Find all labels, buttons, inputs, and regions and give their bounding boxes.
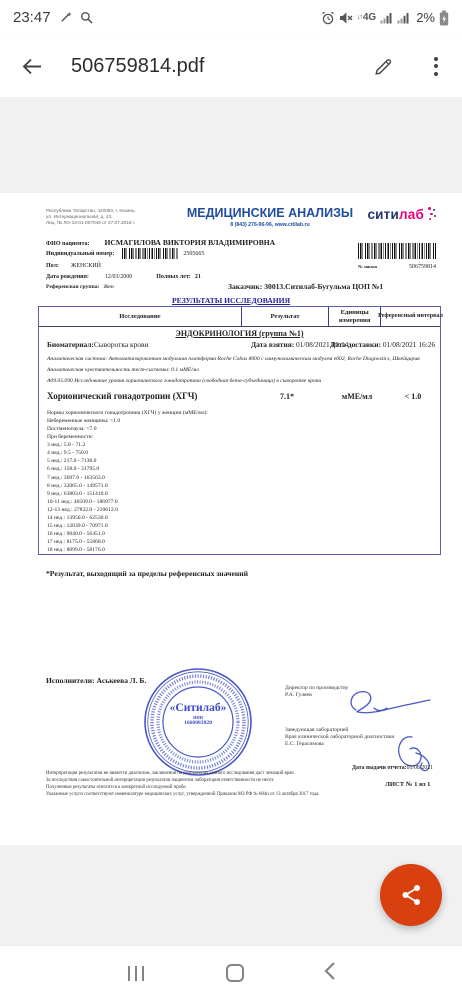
norms-block: Нормы хорионического гонадотропина (ХГЧ)…	[39, 404, 440, 555]
ref-group-row: Референсная группа: Жен	[46, 284, 114, 290]
norms-title: Нормы хорионического гонадотропина (ХГЧ)…	[47, 409, 432, 417]
mute-icon	[339, 11, 353, 25]
clinic-header: МЕДИЦИНСКИЕ АНАЛИЗЫ 8 (843) 276-96-96, w…	[150, 206, 390, 228]
customer-line: Заказчик: 30013.Ситилаб-Бугульма ЦОП №1	[228, 282, 383, 291]
norm-line: При беременности:	[47, 433, 432, 441]
order-barcode	[358, 243, 436, 259]
clock-time: 23:47	[13, 9, 51, 26]
recents-button[interactable]	[124, 962, 148, 985]
pdf-page: Республика Татарстан, 420083, г. Казань,…	[0, 193, 462, 845]
battery-charging-icon	[439, 10, 449, 26]
stamp-text: «Ситилаб» ИНН 1660083820	[142, 702, 254, 726]
medical-analyses-title: МЕДИЦИНСКИЕ АНАЛИЗЫ	[150, 206, 390, 220]
norm-line: 8 нед.: 32065.0 - 149571.0	[47, 482, 432, 490]
test-units: мМЕ/мл	[342, 392, 373, 401]
col-header-reference: Референсный интервал	[381, 307, 440, 326]
results-table: Исследование Результат Единицы измерения…	[38, 306, 441, 555]
lab-head-signature-block: Заведующая лабораторией Врач клинической…	[285, 727, 394, 747]
magic-wand-notification-icon	[59, 11, 72, 24]
norm-line: 12-13 нед.: 27832.0 - 210612.0	[47, 506, 432, 514]
norms-list: Небеременные женщины: <1.0Постменопауза:…	[47, 417, 432, 555]
norm-line: 18 нед.: 8099.0 - 58176.0	[47, 546, 432, 554]
norm-line: 16 нед.: 9040.0 - 56451.0	[47, 530, 432, 538]
patient-birth-row: Дата рождения: 12/03/2000 Полных лет: 21	[46, 274, 201, 280]
citilab-stamp: «Ситилаб» ИНН 1660083820	[142, 666, 254, 778]
mobile-data-4g-icon: ↓↑4G	[357, 12, 376, 23]
table-header-row: Исследование Результат Единицы измерения…	[39, 307, 440, 327]
nav-back-button[interactable]	[322, 960, 338, 987]
logo-dots-icon	[426, 206, 438, 222]
biomaterial-row: Биоматериал:Сыворотка крови Дата взятия:…	[39, 340, 440, 351]
share-icon	[398, 882, 424, 908]
director-signature-block: Директор по производству Р.А. Гуляев	[285, 685, 348, 699]
order-number-row: № заказа 506759814	[358, 264, 436, 270]
signal-strength-icon-sim2	[397, 12, 410, 24]
sheet-number: ЛИСТ № 1 из 1	[385, 781, 430, 788]
patient-fio-row: ФИО пациента: ИСМАГИЛОВА ВИКТОРИЯ ВЛАДИМ…	[46, 238, 275, 247]
alarm-icon	[321, 11, 335, 25]
home-button[interactable]	[226, 964, 244, 982]
col-header-study: Исследование	[39, 307, 242, 326]
back-arrow-icon[interactable]	[20, 55, 43, 78]
norm-line: 7 нед.: 3697.0 - 163563.0	[47, 474, 432, 482]
citilab-logo: ситилаб	[367, 206, 438, 222]
pdf-filename-title: 506759814.pdf	[71, 55, 373, 78]
col-header-result: Результат	[242, 307, 330, 326]
norm-line: 5 нед.: 217.0 - 7138.0	[47, 457, 432, 465]
results-title: РЕЗУЛЬТАТЫ ИССЛЕДОВАНИЯ	[0, 296, 462, 305]
test-result-value: 7.1*	[280, 392, 294, 401]
test-name: Хорионический гонадотропин (ХГЧ)	[47, 391, 197, 401]
norm-line: 6 нед.: 158.0 - 31795.0	[47, 465, 432, 473]
edit-pencil-icon[interactable]	[373, 56, 394, 77]
share-button[interactable]	[380, 864, 442, 926]
norm-line: 15 нед.: 12039.0 - 70971.0	[47, 522, 432, 530]
pdf-viewer[interactable]: Республика Татарстан, 420083, г. Казань,…	[0, 97, 462, 945]
norm-line: 3 нед.: 5.8 - 71.2	[47, 441, 432, 449]
patient-barcode	[122, 248, 178, 259]
search-notification-icon	[80, 11, 93, 24]
director-signature-icon	[344, 688, 434, 720]
clinic-contacts: 8 (843) 276-96-96, www.citilab.ru	[150, 222, 390, 228]
status-bar: 23:47 ↓↑4G 2%	[0, 0, 462, 35]
col-header-units: Единицы измерения	[329, 307, 381, 326]
overflow-menu-icon[interactable]	[430, 53, 442, 80]
norm-line: 9 нед.: 63803.0 - 151410.0	[47, 490, 432, 498]
phone-screen: 23:47 ↓↑4G 2%	[0, 0, 462, 1000]
norm-line: 14 нед.: 13950.0 - 62530.0	[47, 514, 432, 522]
executor-line: Исполнители: Аськеева Л. Б.	[46, 676, 146, 685]
test-reference: < 1.0	[405, 392, 422, 401]
signal-strength-icon-sim1	[380, 12, 393, 24]
norm-line: 4 нед.: 9.5 - 750.0	[47, 449, 432, 457]
norm-line: 10-11 нед.: 46509.0 - 186977.0	[47, 498, 432, 506]
patient-name: ИСМАГИЛОВА ВИКТОРИЯ ВЛАДИМИРОВНА	[105, 238, 276, 247]
norm-line: Постменопауза: <7.0	[47, 425, 432, 433]
android-navigation-bar	[0, 945, 462, 1000]
section-heading: ЭНДОКРИНОЛОГИЯ (группа №1)	[39, 327, 440, 340]
order-number: 506759814	[409, 264, 436, 270]
norm-line: 17 нед.: 8175.0 - 55868.0	[47, 538, 432, 546]
pdf-toolbar: 506759814.pdf	[0, 35, 462, 97]
disclaimer-block: Интерпретация результатов не является ди…	[46, 771, 378, 799]
out-of-range-footnote: *Результат, выходящий за пределы референ…	[46, 569, 248, 578]
test-result-row: Хорионический гонадотропин (ХГЧ) 7.1* мМ…	[39, 391, 440, 404]
battery-percent: 2%	[416, 10, 435, 25]
patient-sex-row: Пол: ЖЕНСКИЙ	[46, 263, 101, 269]
patient-id-row: Индивидуальный номер: 2505665	[46, 248, 204, 259]
norm-line: Небеременные женщины: <1.0	[47, 417, 432, 425]
method-notes: Аналитическая система: Автоматизированна…	[39, 351, 440, 385]
